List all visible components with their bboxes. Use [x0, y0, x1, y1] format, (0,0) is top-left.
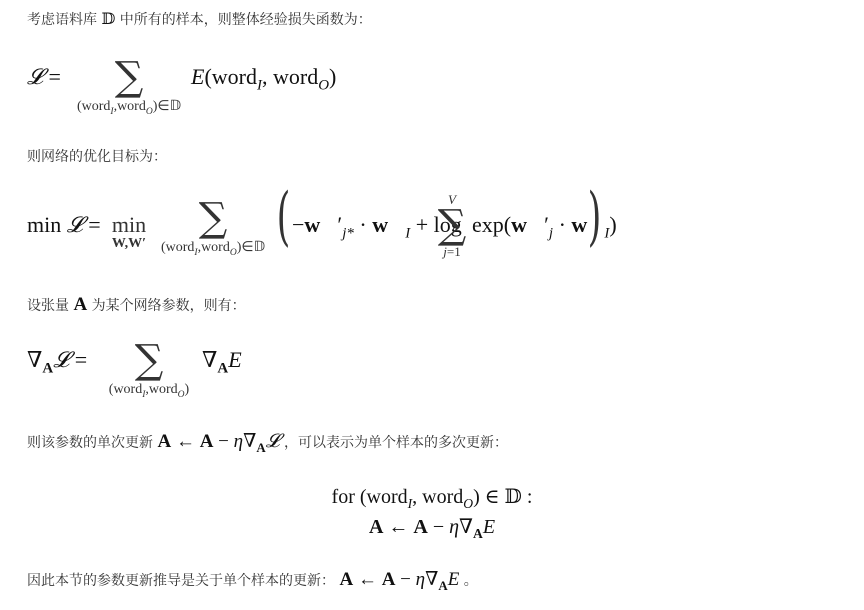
text: 为某个网络参数，则有：: [92, 298, 246, 314]
eq4-line1: for (wordI, wordO) ∈ 𝔻 :: [0, 484, 864, 512]
per-sample-update-formula: A ← A − η∇AE: [339, 569, 459, 590]
eq1-lhs: 𝓛 =: [27, 64, 61, 90]
left-paren: (: [277, 180, 291, 254]
update-formula: A ← A − η∇A𝓛: [157, 431, 279, 452]
eq2-inner-sum: V ∑ j=1: [432, 194, 472, 260]
text: 中所有的样本，则整体经验损失函数为：: [120, 12, 372, 28]
text: 考虑语料库: [27, 12, 97, 28]
eq1-rhs: E(wordI, wordO): [191, 64, 336, 94]
eq3-sum: ∑ (wordI,wordO): [100, 338, 198, 403]
sum-symbol: ∑: [68, 55, 190, 99]
text: 因此本节的参数更新推导是关于单个样本的更新：: [27, 573, 335, 589]
corpus-symbol: 𝔻: [101, 11, 115, 28]
eq4-line2: A ← A − η∇AE: [0, 514, 864, 542]
eq3-sum-lower: (wordI,wordO): [100, 382, 198, 403]
paragraph-single-update: 则该参数的单次更新 A ← A − η∇A𝓛 ，可以表示为单个样本的多次更新：: [27, 431, 508, 458]
eq2-lhs: min 𝓛 =: [27, 212, 101, 238]
eq3-rhs: ∇AE: [202, 347, 242, 377]
eq3-lhs: ∇A𝓛 =: [27, 347, 87, 377]
eq1-sum: ∑ (wordI,wordO)∈𝔻: [68, 55, 190, 120]
text: 设张量: [27, 298, 69, 314]
text: ，可以表示为单个样本的多次更新：: [284, 435, 508, 451]
paragraph-conclusion: 因此本节的参数更新推导是关于单个样本的更新： A ← A − η∇AE 。: [27, 570, 478, 596]
paragraph-corpus-loss-intro: 考虑语料库 𝔻 中所有的样本，则整体经验损失函数为：: [27, 10, 372, 30]
eq2-sum: ∑ (wordI,wordO)∈𝔻: [153, 196, 273, 261]
text: 则该参数的单次更新: [27, 435, 153, 451]
right-paren: ): [588, 180, 602, 254]
text: 则网络的优化目标为：: [27, 149, 167, 165]
sum-symbol: ∑: [100, 338, 198, 382]
eq2-min: min W,W′: [104, 214, 154, 252]
text: 。: [464, 573, 478, 589]
eq2-sum-lower: (wordI,wordO)∈𝔻: [153, 240, 273, 261]
tensor-symbol: A: [73, 294, 87, 315]
sum-symbol: ∑: [153, 196, 273, 240]
eq1-sum-lower: (wordI,wordO)∈𝔻: [68, 99, 190, 120]
paragraph-optimization-goal: 则网络的优化目标为：: [27, 147, 167, 167]
paragraph-tensor-param: 设张量 A 为某个网络参数，则有：: [27, 295, 246, 316]
sum-symbol: ∑: [432, 206, 472, 244]
